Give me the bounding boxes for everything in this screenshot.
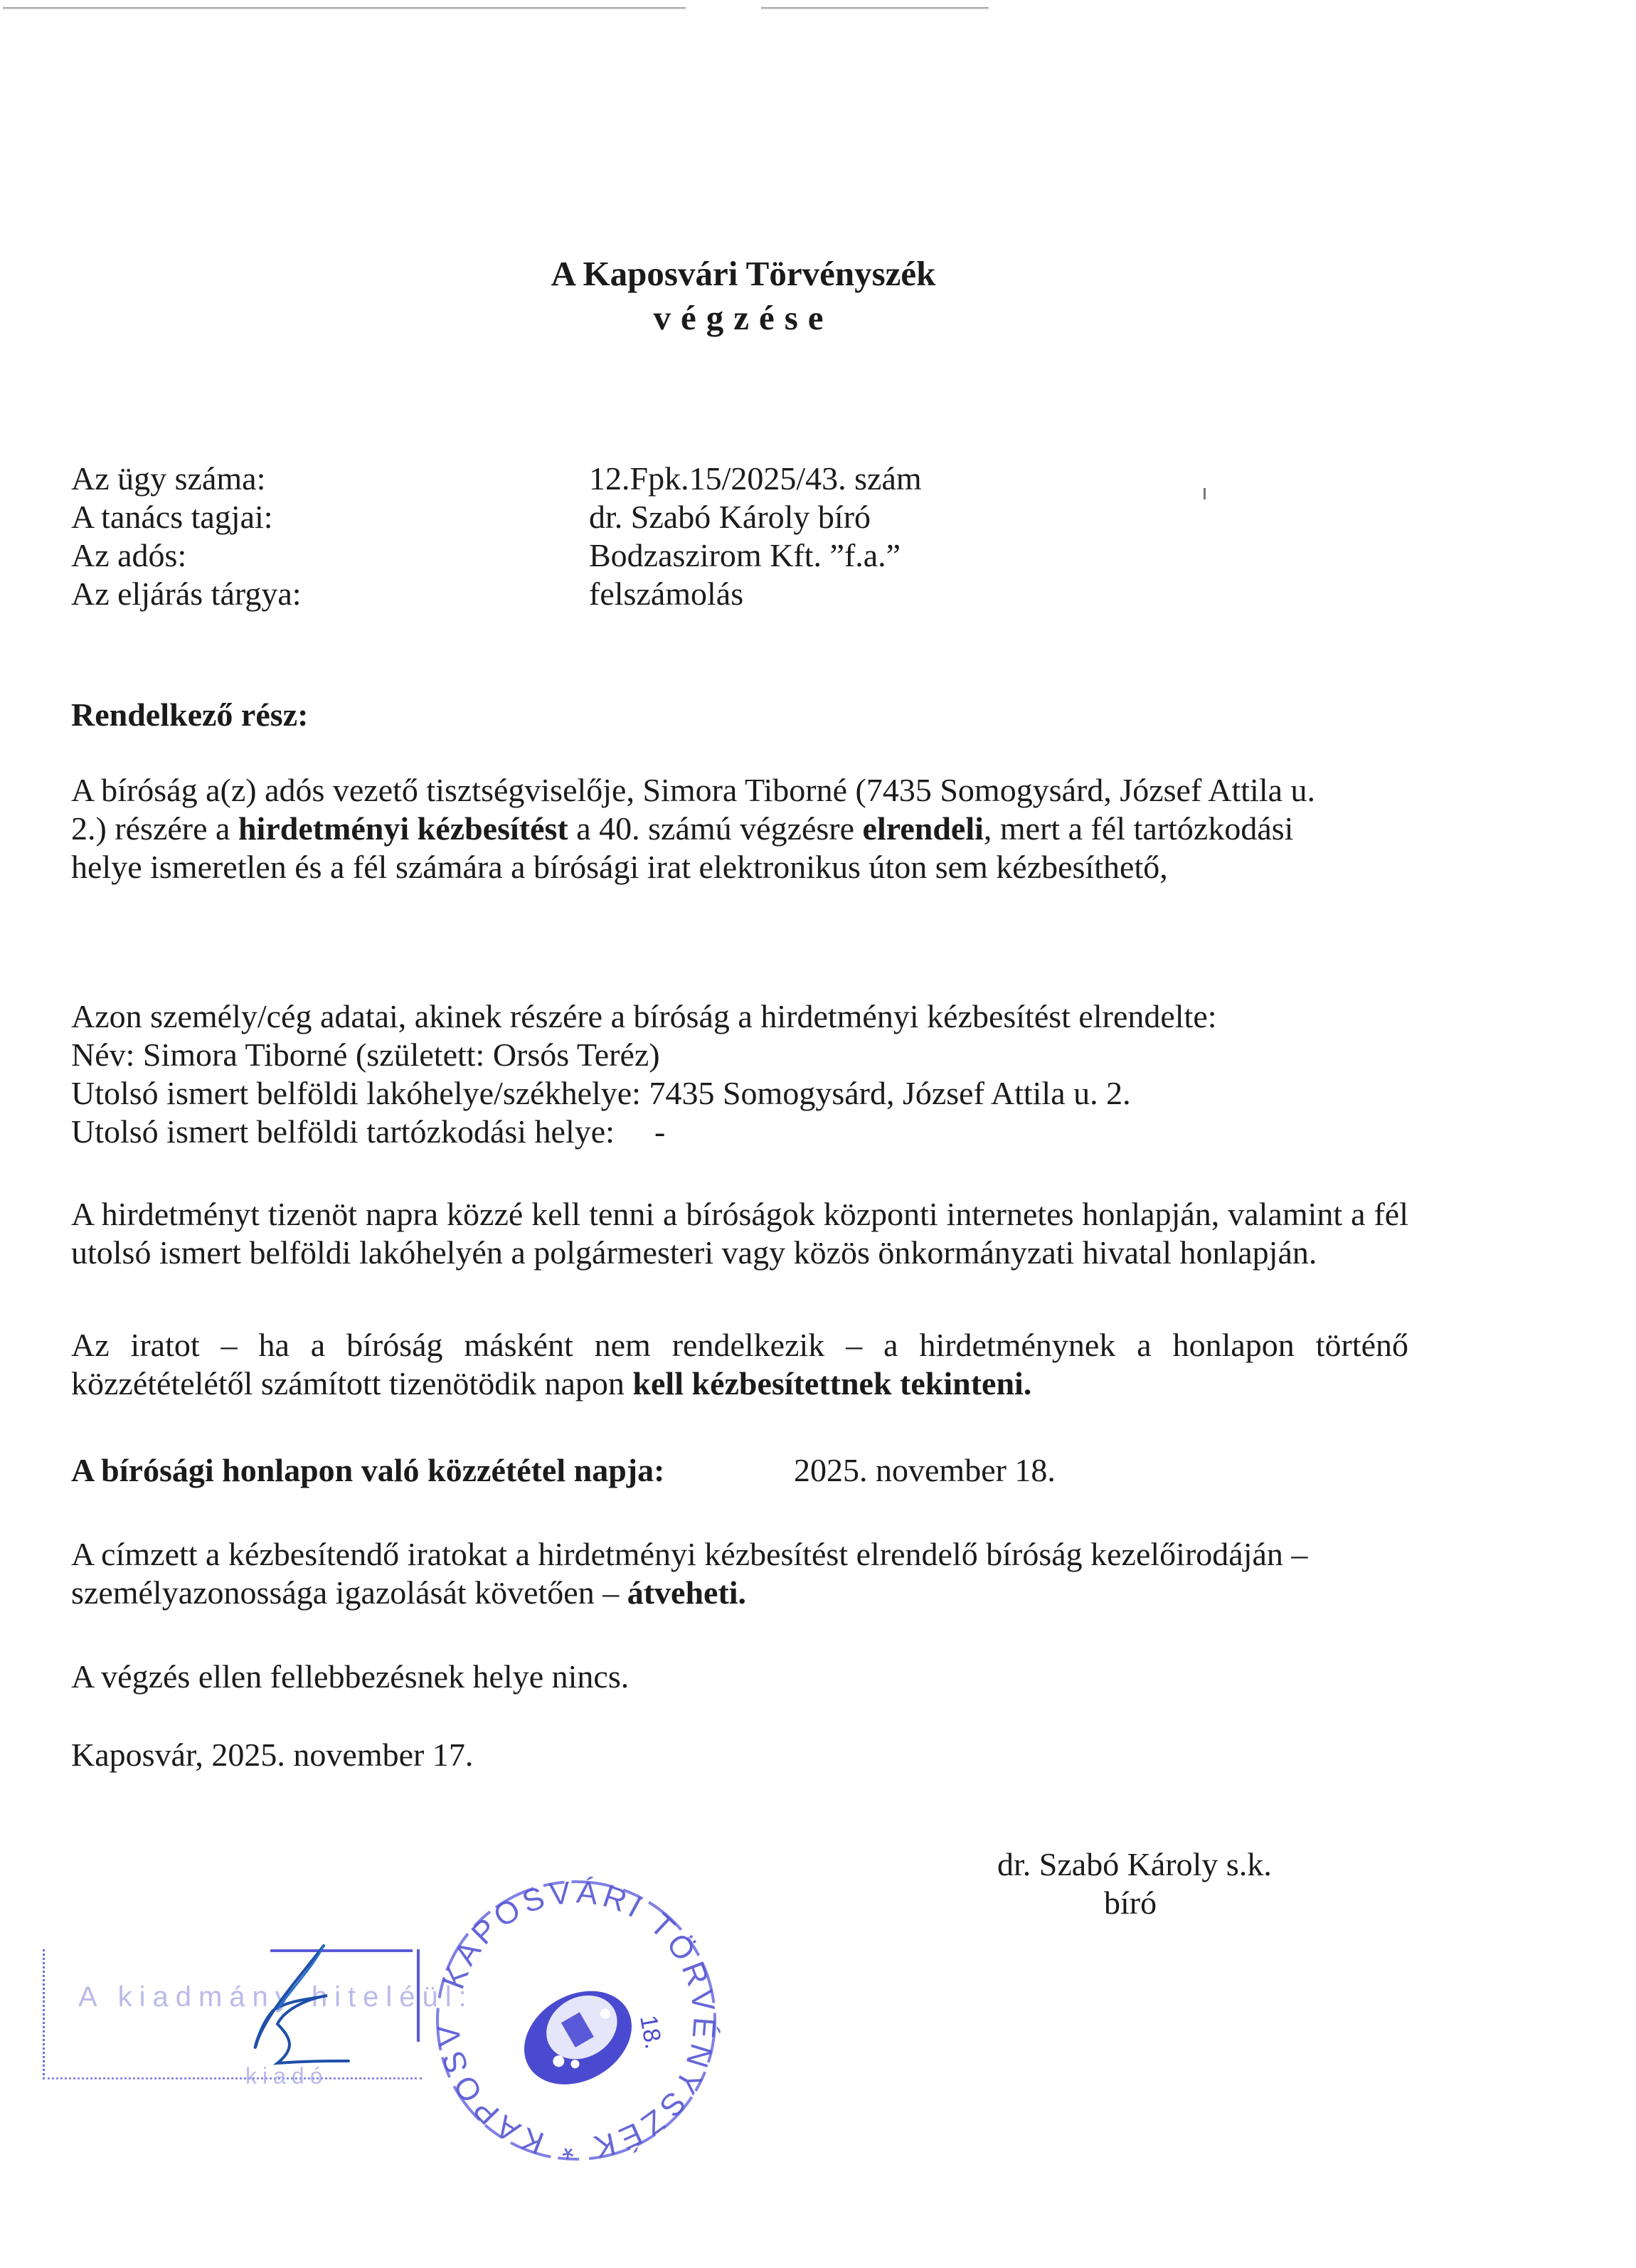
emphasis: elrendeli	[863, 810, 984, 847]
meta-row-case-number: Az ügy száma: 12.Fpk.15/2025/43. szám	[71, 460, 922, 498]
meta-label: A tanács tagjai:	[71, 498, 589, 536]
order-paragraph: A bíróság a(z) adós vezető tisztségvisel…	[71, 771, 1315, 886]
publication-date: A bírósági honlapon való közzététel napj…	[71, 1451, 664, 1490]
addressee-details: Azon személy/cég adatai, akinek részére …	[71, 997, 1217, 1151]
authentication-stamp-box	[43, 1949, 422, 2079]
deemed-served-paragraph: Az iratot – ha a bíróság másként nem ren…	[71, 1326, 1408, 1403]
meta-value: felszámolás	[589, 575, 743, 613]
place-date: Kaposvár, 2025. november 17.	[71, 1736, 473, 1774]
addressee-name: Név: Simora Tiborné (született: Orsós Te…	[71, 1036, 1217, 1074]
order-line-3: helye ismeretlen és a fél számára a bíró…	[71, 848, 1315, 886]
stay-value: -	[615, 1113, 665, 1150]
text: a 40. számú végzésre	[568, 810, 863, 847]
meta-label: Az eljárás tárgya:	[71, 575, 589, 613]
court-seal-icon: KAPOSVÁRI TÖRVÉNYSZÉK * KAPOSVÁR 18.	[427, 1871, 726, 2170]
operative-heading: Rendelkező rész:	[71, 696, 308, 734]
signer-role: bíró	[997, 1884, 1272, 1922]
document-type: végzése	[0, 297, 1487, 338]
no-appeal-notice: A végzés ellen fellebbezésnek helye ninc…	[71, 1658, 629, 1696]
meta-row-subject: Az eljárás tárgya: felszámolás	[71, 575, 922, 613]
publication-paragraph: A hirdetményt tizenöt napra közzé kell t…	[71, 1195, 1408, 1272]
emphasis: kell kézbesítettnek tekinteni.	[632, 1365, 1031, 1401]
signer-name: dr. Szabó Károly s.k.	[997, 1845, 1272, 1884]
addressee-residence: Utolsó ismert belföldi lakóhelye/székhel…	[71, 1074, 1217, 1113]
meta-label: Az adós:	[71, 536, 589, 575]
stay-label: Utolsó ismert belföldi tartózkodási hely…	[71, 1113, 615, 1150]
publication-date-value: 2025. november 18.	[794, 1451, 1056, 1490]
scan-edge-line	[3, 7, 686, 9]
handwritten-signature-icon	[235, 1939, 356, 2067]
meta-value: dr. Szabó Károly bíró	[589, 498, 871, 536]
meta-value: Bodzaszirom Kft. ”f.a.”	[589, 536, 901, 575]
text: , mert a fél tartózkodási	[984, 810, 1294, 847]
svg-text:18.: 18.	[634, 2013, 667, 2051]
text: 2.) részére a	[71, 810, 238, 847]
meta-row-debtor: Az adós: Bodzaszirom Kft. ”f.a.”	[71, 536, 922, 575]
signer-block: dr. Szabó Károly s.k. bíró	[997, 1845, 1272, 1922]
stamp-text: kiadó	[245, 2063, 329, 2089]
emphasis: átveheti.	[627, 1574, 746, 1611]
emphasis: hirdetményi kézbesítést	[238, 810, 568, 847]
addressee-stay: Utolsó ismert belföldi tartózkodási hely…	[71, 1113, 1217, 1151]
court-name: A Kaposvári Törvényszék	[0, 253, 1487, 294]
addressee-intro: Azon személy/cég adatai, akinek részére …	[71, 997, 1217, 1036]
meta-row-panel: A tanács tagjai: dr. Szabó Károly bíró	[71, 498, 922, 536]
meta-value: 12.Fpk.15/2025/43. szám	[589, 460, 922, 498]
case-metadata: Az ügy száma: 12.Fpk.15/2025/43. szám A …	[71, 460, 922, 613]
pickup-paragraph: A címzett a kézbesítendő iratokat a hird…	[71, 1535, 1423, 1612]
order-line-2: 2.) részére a hirdetményi kézbesítést a …	[71, 810, 1315, 848]
meta-label: Az ügy száma:	[71, 460, 589, 498]
scan-speck	[1204, 488, 1206, 499]
order-line-1: A bíróság a(z) adós vezető tisztségvisel…	[71, 771, 1315, 810]
publication-date-label: A bírósági honlapon való közzététel napj…	[71, 1452, 664, 1488]
scan-edge-line	[761, 7, 989, 9]
